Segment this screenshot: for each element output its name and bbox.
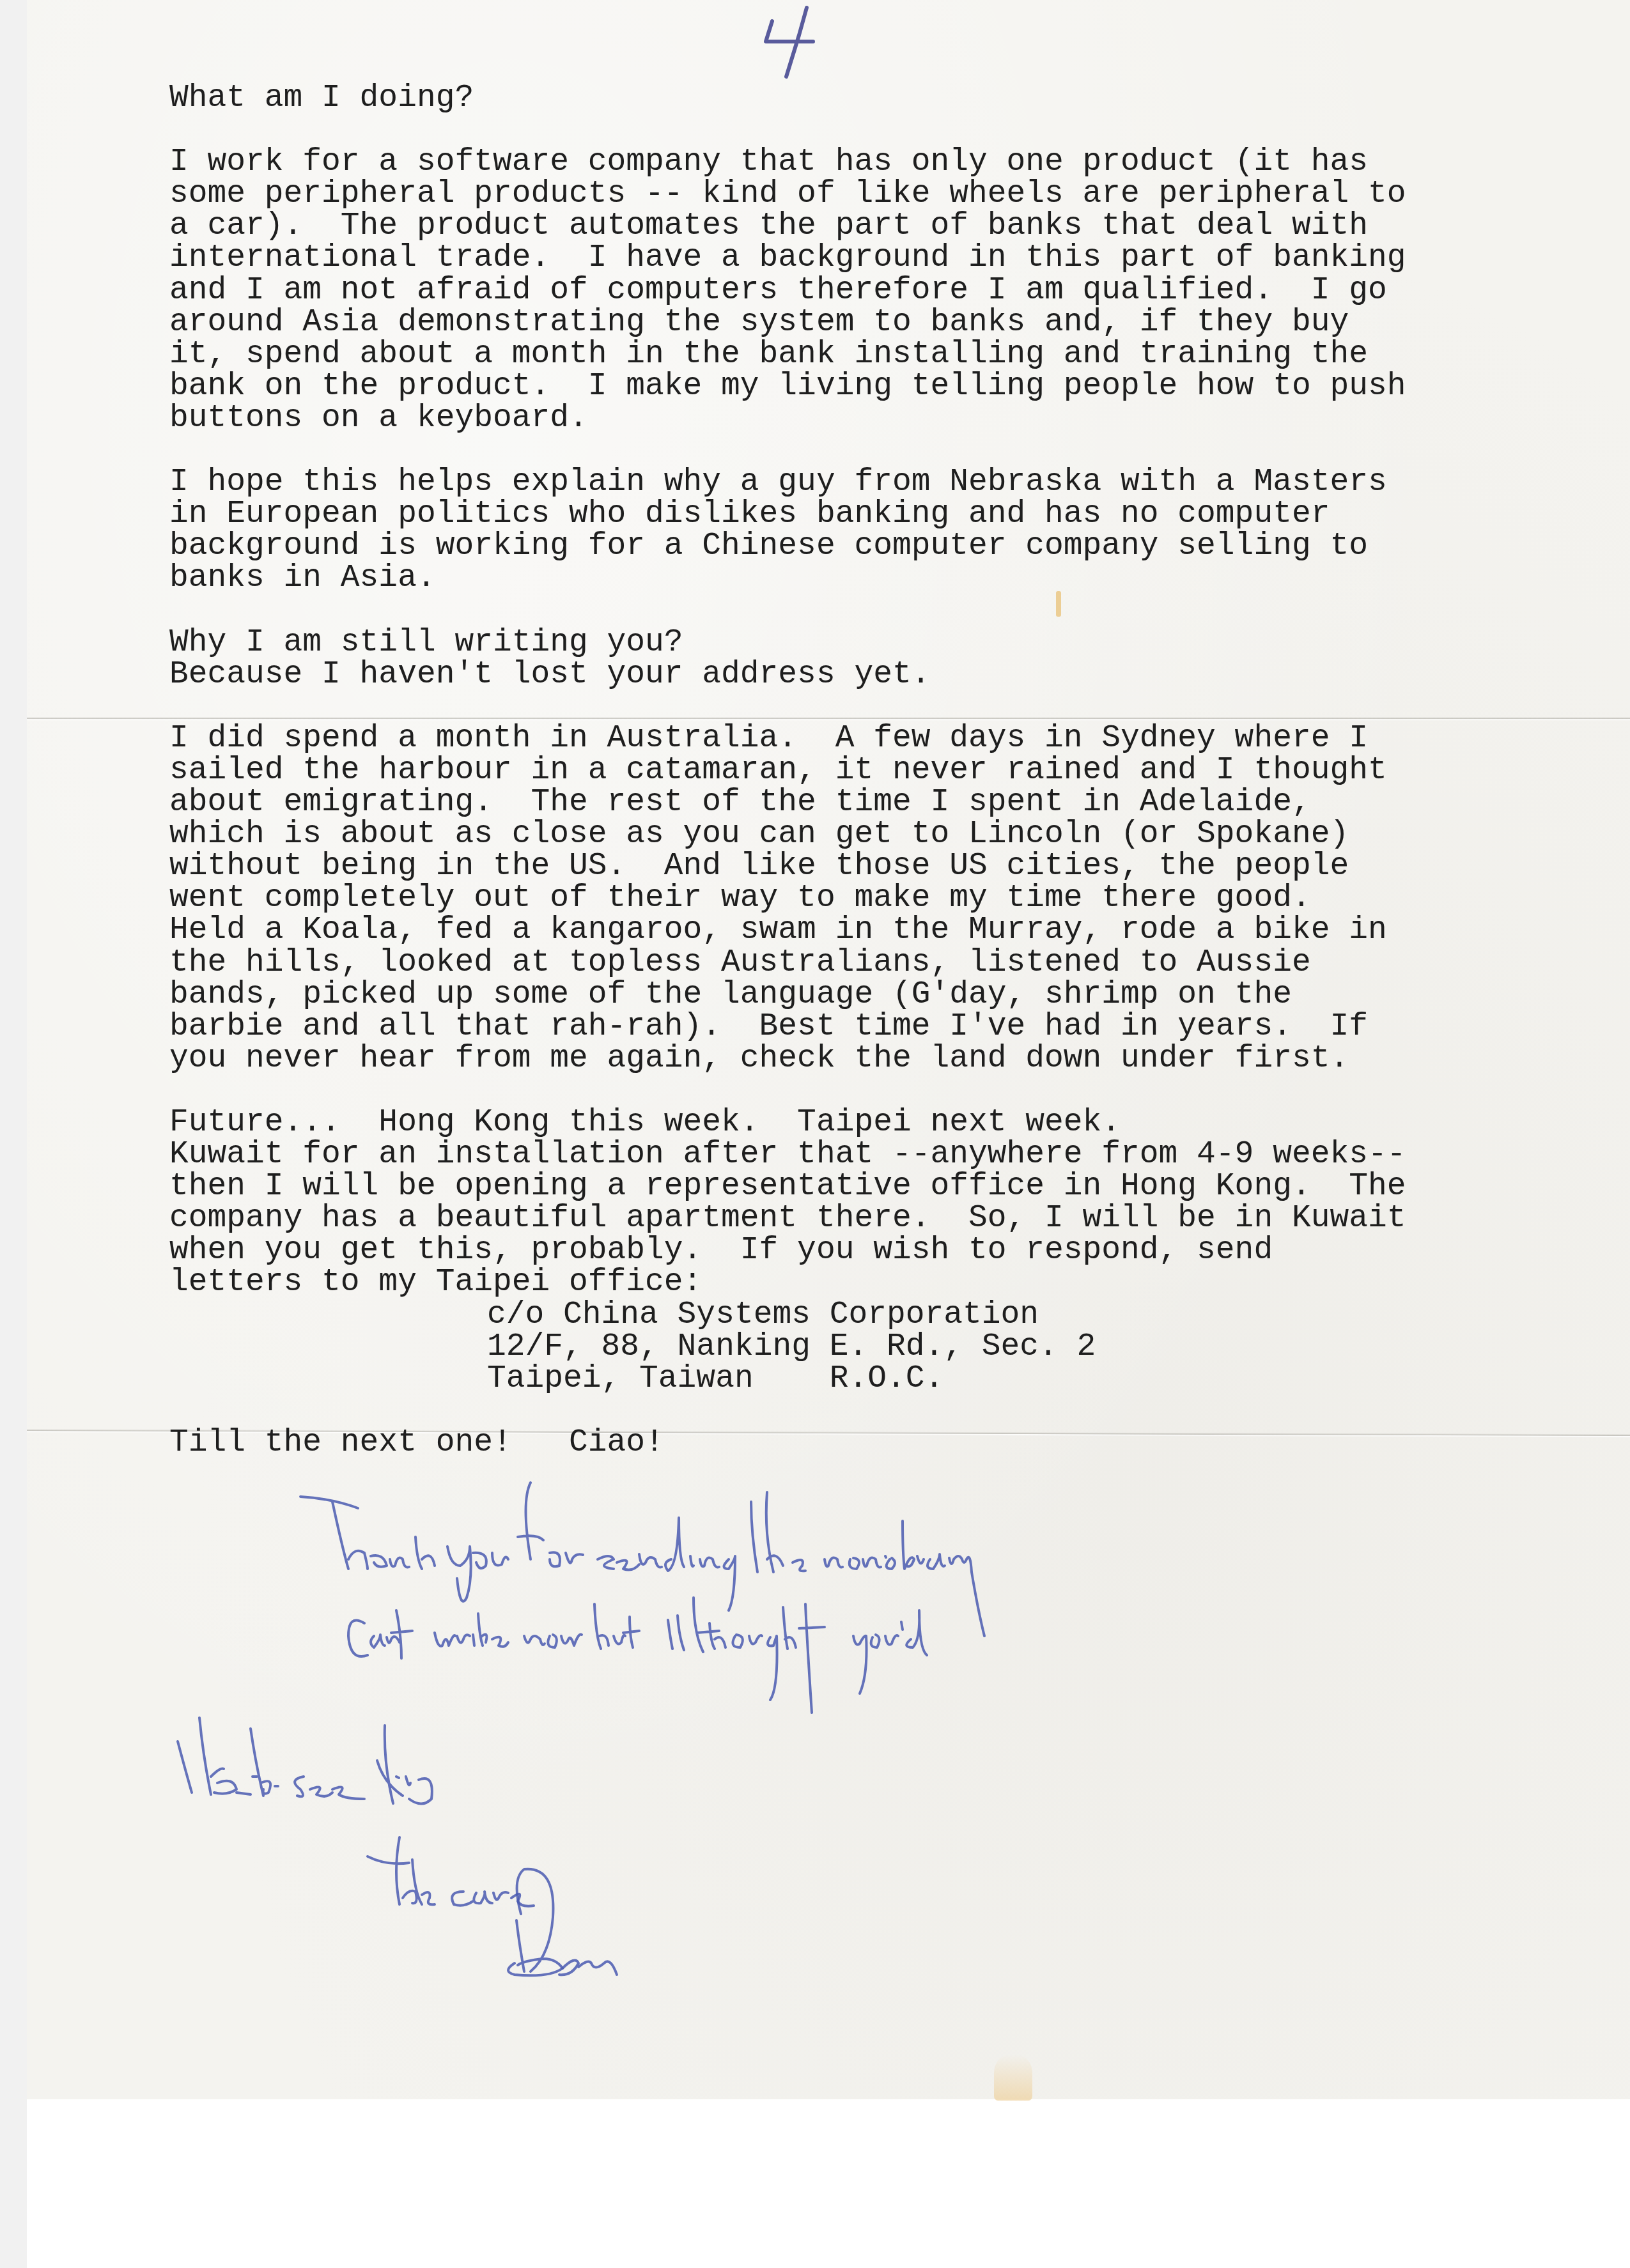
address-line: c/o China Systems Corporation: [169, 1299, 1406, 1331]
letter-line: without being in the US. And like those …: [169, 850, 1406, 882]
letter-line: Why I am still writing you?: [169, 626, 1406, 658]
letter-line: bands, picked up some of the language (G…: [169, 978, 1406, 1010]
letter-line: a car). The product automates the part o…: [169, 210, 1406, 242]
letter-line: and I am not afraid of computers therefo…: [169, 274, 1406, 306]
letter-line: I hope this helps explain why a guy from…: [169, 466, 1406, 498]
letter-line: What am I doing?: [169, 82, 1406, 114]
letter-line: about emigrating. The rest of the time I…: [169, 786, 1406, 818]
letter-line: in European politics who dislikes bankin…: [169, 498, 1406, 530]
letter-line: some peripheral products -- kind of like…: [169, 178, 1406, 210]
scan-margin: [0, 0, 27, 2268]
typed-letter-body: What am I doing? I work for a software c…: [169, 82, 1406, 1458]
address-line: 12/F, 88, Nanking E. Rd., Sec. 2: [169, 1331, 1406, 1362]
letter-line: bank on the product. I make my living te…: [169, 370, 1406, 402]
letter-line: you never hear from me again, check the …: [169, 1042, 1406, 1074]
address-line: Taipei, Taiwan R.O.C.: [169, 1362, 1406, 1394]
letter-line: which is about as close as you can get t…: [169, 818, 1406, 850]
letter-line: buttons on a keyboard.: [169, 402, 1406, 434]
letter-line: sailed the harbour in a catamaran, it ne…: [169, 754, 1406, 786]
letter-line: around Asia demonstrating the system to …: [169, 306, 1406, 338]
letter-line: Future... Hong Kong this week. Taipei ne…: [169, 1106, 1406, 1138]
letter-line: letters to my Taipei office:: [169, 1266, 1406, 1298]
letter-line: Held a Koala, fed a kangaroo, swam in th…: [169, 914, 1406, 946]
letter-line: international trade. I have a background…: [169, 242, 1406, 274]
paper-stain: [994, 2055, 1032, 2101]
letter-line: the hills, looked at topless Australians…: [169, 946, 1406, 978]
letter-line: went completely out of their way to make…: [169, 882, 1406, 914]
letter-line: Kuwait for an installation after that --…: [169, 1138, 1406, 1170]
letter-line: banks in Asia.: [169, 562, 1406, 594]
letter-line: background is working for a Chinese comp…: [169, 530, 1406, 562]
letter-line: when you get this, probably. If you wish…: [169, 1234, 1406, 1266]
letter-line: I did spend a month in Australia. A few …: [169, 722, 1406, 754]
letter-closing: Till the next one! Ciao!: [169, 1426, 1406, 1458]
letter-line: barbie and all that rah-rah). Best time …: [169, 1010, 1406, 1042]
letter-line: I work for a software company that has o…: [169, 146, 1406, 178]
letter-line: then I will be opening a representative …: [169, 1170, 1406, 1202]
letter-line: company has a beautiful apartment there.…: [169, 1202, 1406, 1234]
letter-line: Because I haven't lost your address yet.: [169, 658, 1406, 690]
letter-line: it, spend about a month in the bank inst…: [169, 338, 1406, 370]
